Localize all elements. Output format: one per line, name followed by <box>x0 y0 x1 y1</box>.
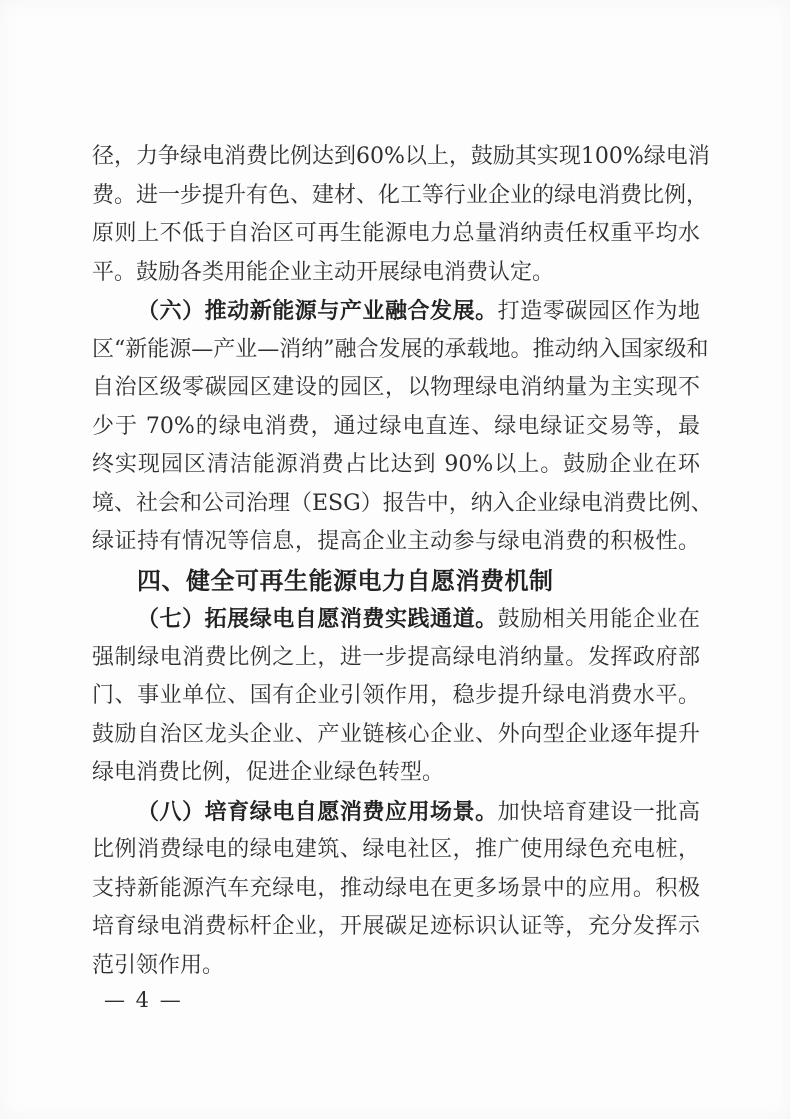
text-line: 绿证持有情况等信息，提高企业主动参与绿电消费的积极性。 <box>92 523 700 562</box>
document-body: 径，力争绿电消费比例达到60%以上，鼓励其实现100%绿电消费。进一步提升有色、… <box>92 138 700 985</box>
body-text: 绿电消费比例，促进企业绿色转型。 <box>92 760 444 785</box>
section-heading-text: 四、健全可再生能源电力自愿消费机制 <box>137 567 554 595</box>
body-text: 区“新能源—产业—消纳”融合发展的承载地。推动纳入国家级和 <box>92 337 709 362</box>
text-line: 终实现园区清洁能源消费占比达到 90%以上。鼓励企业在环 <box>92 446 700 485</box>
body-text: 加快培育建设一批高 <box>498 800 700 825</box>
bold-lead-text: （七）拓展绿电自愿消费实践通道。 <box>137 606 498 632</box>
text-line: 支持新能源汽车充绿电，推动绿电在更多场景中的应用。积极 <box>92 870 700 909</box>
body-text: 平。鼓励各类用能企业主动开展绿电消费认定。 <box>92 260 554 285</box>
body-text: 少于 70%的绿电消费，通过绿电直连、绿电绿证交易等，最 <box>92 414 700 439</box>
text-line: （八）培育绿电自愿消费应用场景。加快培育建设一批高 <box>92 793 700 832</box>
section-heading: 四、健全可再生能源电力自愿消费机制 <box>92 562 700 601</box>
text-line: 自治区级零碳园区建设的园区，以物理绿电消纳量为主实现不 <box>92 369 700 408</box>
text-line: 鼓励自治区龙头企业、产业链核心企业、外向型企业逐年提升 <box>92 716 700 755</box>
body-text: 打造零碳园区作为地 <box>498 299 700 324</box>
text-line: （六）推动新能源与产业融合发展。打造零碳园区作为地 <box>92 292 700 331</box>
page-footer: — 4 — <box>104 988 183 1012</box>
text-line: 少于 70%的绿电消费，通过绿电直连、绿电绿证交易等，最 <box>92 408 700 447</box>
body-text: 支持新能源汽车充绿电，推动绿电在更多场景中的应用。积极 <box>92 876 700 901</box>
text-line: （七）拓展绿电自愿消费实践通道。鼓励相关用能企业在 <box>92 600 700 639</box>
text-line: 门、事业单位、国有企业引领作用，稳步提升绿电消费水平。 <box>92 677 700 716</box>
body-text: 门、事业单位、国有企业引领作用，稳步提升绿电消费水平。 <box>92 683 700 708</box>
body-text: 费。进一步提升有色、建材、化工等行业企业的绿电消费比例， <box>92 183 708 208</box>
body-text: 强制绿电消费比例之上，进一步提高绿电消纳量。发挥政府部 <box>92 645 700 670</box>
body-text: 自治区级零碳园区建设的园区，以物理绿电消纳量为主实现不 <box>92 375 700 400</box>
text-line: 费。进一步提升有色、建材、化工等行业企业的绿电消费比例， <box>92 177 700 216</box>
bold-lead-text: （八）培育绿电自愿消费应用场景。 <box>137 799 498 825</box>
text-line: 区“新能源—产业—消纳”融合发展的承载地。推动纳入国家级和 <box>92 331 700 370</box>
document-page: 径，力争绿电消费比例达到60%以上，鼓励其实现100%绿电消费。进一步提升有色、… <box>0 0 790 1119</box>
text-line: 比例消费绿电的绿电建筑、绿电社区，推广使用绿色充电桩， <box>92 831 700 870</box>
body-text: 终实现园区清洁能源消费占比达到 90%以上。鼓励企业在环 <box>92 452 700 477</box>
page-number: — 4 — <box>104 988 183 1012</box>
text-line: 强制绿电消费比例之上，进一步提高绿电消纳量。发挥政府部 <box>92 639 700 678</box>
body-text: 鼓励自治区龙头企业、产业链核心企业、外向型企业逐年提升 <box>92 722 700 747</box>
body-text: 比例消费绿电的绿电建筑、绿电社区，推广使用绿色充电桩， <box>92 837 700 862</box>
body-text: 境、社会和公司治理（ESG）报告中，纳入企业绿电消费比例、 <box>92 491 713 516</box>
body-text: 培育绿电消费标杆企业，开展碳足迹标识认证等，充分发挥示 <box>92 914 700 939</box>
text-line: 境、社会和公司治理（ESG）报告中，纳入企业绿电消费比例、 <box>92 485 700 524</box>
bold-lead-text: （六）推动新能源与产业融合发展。 <box>137 298 498 324</box>
text-line: 绿电消费比例，促进企业绿色转型。 <box>92 754 700 793</box>
text-line: 平。鼓励各类用能企业主动开展绿电消费认定。 <box>92 254 700 293</box>
body-text: 径，力争绿电消费比例达到60%以上，鼓励其实现100%绿电消 <box>92 144 710 169</box>
body-text: 原则上不低于自治区可再生能源电力总量消纳责任权重平均水 <box>92 221 700 246</box>
body-text: 鼓励相关用能企业在 <box>498 607 700 632</box>
body-text: 绿证持有情况等信息，提高企业主动参与绿电消费的积极性。 <box>92 529 700 554</box>
body-text: 范引领作用。 <box>92 953 224 978</box>
text-line: 范引领作用。 <box>92 947 700 986</box>
text-line: 原则上不低于自治区可再生能源电力总量消纳责任权重平均水 <box>92 215 700 254</box>
text-line: 径，力争绿电消费比例达到60%以上，鼓励其实现100%绿电消 <box>92 138 700 177</box>
text-line: 培育绿电消费标杆企业，开展碳足迹标识认证等，充分发挥示 <box>92 908 700 947</box>
